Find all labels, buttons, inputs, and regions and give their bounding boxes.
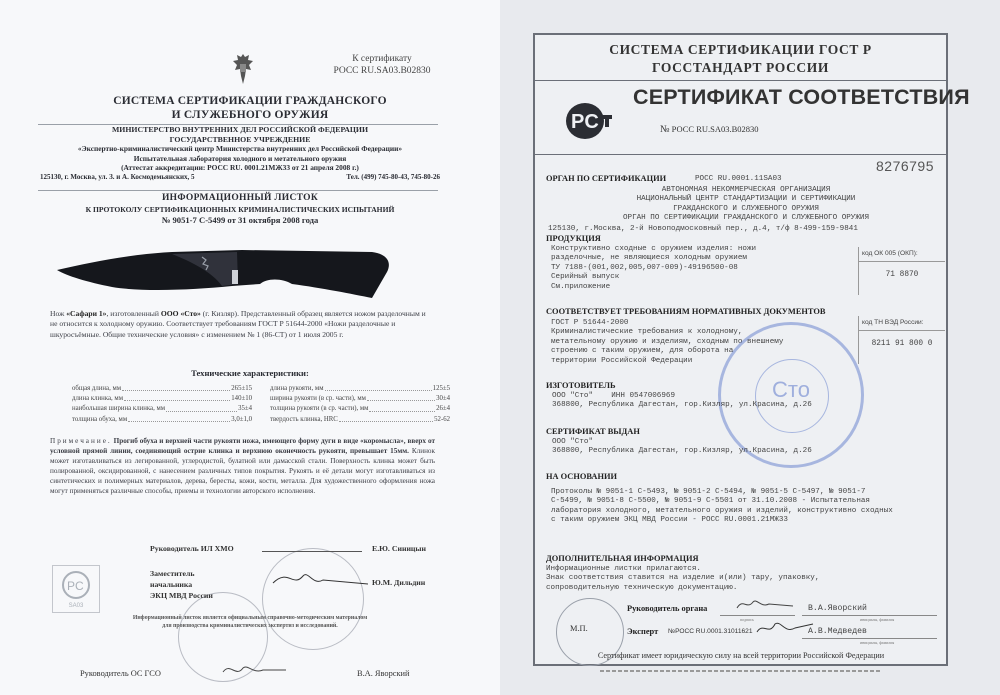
spec-label: твердость клинка, HRC [270,415,338,425]
manufacturer-line: 368800, Республика Дагестан, гор.Кизляр,… [552,401,812,410]
body-line: НАЦИОНАЛЬНЫЙ ЦЕНТР СТАНДАРТИЗАЦИИ И СЕРТ… [546,195,946,204]
header-line: ГОССТАНДАРТ РОССИИ [535,59,946,77]
head-cert-signature [218,660,288,682]
basis-label: НА ОСНОВАНИИ [546,472,617,481]
deputy-signature [268,568,368,590]
manufacturer-line: ООО "Сто" ИНН 0547006969 [552,392,812,401]
additional-line: Знак соответствия ставится на изделие и(… [546,574,819,583]
spec-value: 30±4 [436,394,450,404]
reference-line: К сертификату [322,53,442,65]
product-line: разделочные, не являющиеся холодным оруж… [551,254,756,263]
issued-line: 368800, Республика Дагестан, гор.Кизляр,… [552,447,812,456]
additional-line: сопроводительную техническую документаци… [546,584,819,593]
additional-info-label: ДОПОЛНИТЕЛЬНАЯ ИНФОРМАЦИЯ [546,554,699,563]
head-signature [735,596,795,614]
knife-name: «Сафари 1» [66,309,106,318]
note-paragraph: Примечание. Прогиб обуха и верхней части… [50,436,435,496]
head-lab-title: Руководитель ИЛ ХМО [150,543,234,554]
basis-lines: Протоколы № 9051-1 С-5493, № 9051-2 С-54… [551,488,893,526]
specs-right-column: длина рукояти, мм125±5 ширина рукояти (в… [270,384,450,425]
body-line: ОРГАН ПО СЕРТИФИКАЦИИ ГРАЖДАНСКОГО И СЛУ… [546,214,946,223]
system-title: СИСТЕМА СЕРТИФИКАЦИИ ГРАЖДАНСКОГО И СЛУЖ… [0,94,500,122]
head-lab-name: Е.Ю. Синицын [372,543,426,554]
expert-label: Эксперт [627,627,658,636]
certificate-number: № РОСС RU.SA03.B02830 [660,124,759,135]
name-caption: инициалы, фамилия [860,640,894,645]
deputy-title-line: Заместитель [150,568,213,579]
disclaimer-line: Информационный листок является официальн… [90,614,410,622]
spec-label: длина клинка, мм [72,394,123,404]
head-cert-name: В.А. Яворский [357,668,410,679]
signature-line [262,551,362,552]
info-title: ИНФОРМАЦИОННЫЙ ЛИСТОК [0,193,480,204]
info-sheet-title: ИНФОРМАЦИОННЫЙ ЛИСТОК К ПРОТОКОЛУ СЕРТИФ… [0,193,480,226]
svg-text:PC: PC [571,111,599,133]
protocol-number: № 9051-7 С-5499 от 31 октября 2008 года [0,215,480,226]
address-row: 125130, г. Москва, ул. З. и А. Космодемь… [40,173,440,183]
deputy-name: Ю.М. Дильдин [372,577,425,588]
signature-line [720,615,795,616]
printer-imprint-line [600,670,880,672]
knife-description: Нож «Сафари 1», изготовленный ООО «Сто» … [50,309,435,340]
product-line: Серийный выпуск [551,273,756,282]
spec-row: твердость клинка, HRC52-62 [270,415,450,425]
issued-label: СЕРТИФИКАТ ВЫДАН [546,427,640,436]
expert-registration: №РОСС RU.0001.31011621 [668,628,753,635]
system-title-line: СИСТЕМА СЕРТИФИКАЦИИ ГРАЖДАНСКОГО [0,94,500,108]
specs-left-column: общая длина, мм265±15 длина клинка, мм14… [72,384,252,425]
desc-text: , изготовленный [106,309,160,318]
okp-value: 71 8870 [859,262,945,279]
okp-label: код ОК 005 (ОКП): [859,247,945,262]
tech-specs-title: Технические характеристики: [0,368,500,378]
basis-line: с таким оружием ЭКЦ МВД России - РОСС RU… [551,516,893,525]
russian-coat-of-arms-icon [232,52,254,86]
tnved-value: 8211 91 800 0 [859,331,945,348]
product-line: Конструктивно сходные с оружием изделия:… [551,245,756,254]
tnved-label: код ТН ВЭД России: [859,316,945,331]
info-subtitle: К ПРОТОКОЛУ СЕРТИФИКАЦИОННЫХ КРИМИНАЛИСТ… [0,204,480,215]
certificate-system-header: СИСТЕМА СЕРТИФИКАЦИИ ГОСТ Р ГОССТАНДАРТ … [535,41,946,77]
certificate-reference: К сертификату РОСС RU.SA03.B02830 [322,53,442,77]
lab-phone: Тел. (499) 745-80-43, 745-80-26 [346,173,440,183]
head-cert-title: Руководитель ОС ГСО [80,668,161,679]
tnved-code-box: код ТН ВЭД России: 8211 91 800 0 [858,316,945,364]
deputy-title: Заместитель начальника ЭКЦ МВД России [150,568,213,601]
cert-body-lines: АВТОНОМНАЯ НЕКОММЕРЧЕСКАЯ ОРГАНИЗАЦИЯ НА… [546,186,946,224]
manufacturer-label: ИЗГОТОВИТЕЛЬ [546,381,616,390]
round-seal-stamp [262,548,364,650]
conforms-line: ГОСТ Р 51644-2000 [551,319,783,328]
information-sheet-page: К сертификату РОСС RU.SA03.B02830 СИСТЕМ… [0,0,501,695]
deputy-title-line: ЭКЦ МВД России [150,590,213,601]
conforms-label: СООТВЕТСТВУЕТ ТРЕБОВАНИЯМ НОРМАТИВНЫХ ДО… [546,307,826,316]
spec-value: 35±4 [238,404,252,414]
number-value: РОСС RU.SA03.B02830 [672,124,759,134]
basis-line: лаборатория холодного, метательного оруж… [551,507,893,516]
lab-address: 125130, г. Москва, ул. З. и А. Космодемь… [40,173,195,183]
spec-label: ширина рукояти (в ср. части), мм [270,394,366,404]
head-of-body-label: Руководитель органа [627,604,707,613]
expert-name: А.В.Медведев [808,627,867,636]
spec-value: 52-62 [434,415,450,425]
spec-row: длина клинка, мм140±10 [72,394,252,404]
ministry-line: МИНИСТЕРСТВО ВНУТРЕННИХ ДЕЛ РОССИЙСКОЙ Ф… [40,125,440,135]
ministry-line: Испытательная лаборатория холодного и ме… [40,154,440,164]
spec-value: 3,0±1,0 [231,415,252,425]
cert-body-address: 125130, г.Москва, 2-й Новоподмосковный п… [548,225,858,234]
serial-number: 8276795 [876,158,934,174]
spec-row: толщина рукояти (в ср. части), мм26±4 [270,404,450,414]
ministry-line: «Экспертно-криминалистический центр Мини… [40,144,440,154]
spec-value: 26±4 [436,404,450,414]
number-sign: № [660,124,670,135]
desc-text: Нож [50,309,66,318]
spec-row: наибольшая ширина клинка, мм35±4 [72,404,252,414]
issued-lines: ООО "Сто" 368800, Республика Дагестан, г… [552,438,812,457]
spec-label: длина рукояти, мм [270,384,324,394]
rst-badge-text: SA03 [53,603,99,609]
product-lines: Конструктивно сходные с оружием изделия:… [551,245,756,292]
seal-label: М.П. [570,624,588,633]
spec-row: длина рукояти, мм125±5 [270,384,450,394]
basis-line: Протоколы № 9051-1 С-5493, № 9051-2 С-54… [551,488,893,497]
certificate-validity-footer: Сертификат имеет юридическую силу на все… [546,651,936,660]
spec-row: ширина рукояти (в ср. части), мм30±4 [270,394,450,404]
signature-caption: подпись [740,617,754,622]
divider [533,154,948,155]
spec-label: общая длина, мм [72,384,121,394]
system-title-line: И СЛУЖЕБНОГО ОРУЖИЯ [0,108,500,122]
spec-row: толщина обуха, мм3,0±1,0 [72,415,252,425]
disclaimer: Информационный листок является официальн… [90,614,410,630]
spec-value: 265±15 [231,384,252,394]
product-label: ПРОДУКЦИЯ [546,234,601,243]
expert-signature [755,620,815,638]
spec-label: толщина обуха, мм [72,415,127,425]
reference-number: РОСС RU.SA03.B02830 [322,65,442,77]
spec-row: общая длина, мм265±15 [72,384,252,394]
knife-maker: ООО «Сто» [161,309,201,318]
spec-value: 140±10 [231,394,252,404]
product-line: См.приложение [551,283,756,292]
divider [533,80,948,81]
svg-text:PC: PC [67,579,84,593]
ministry-header: МИНИСТЕРСТВО ВНУТРЕННИХ ДЕЛ РОССИЙСКОЙ Ф… [40,125,440,183]
additional-lines: Информационные листки прилагаются. Знак … [546,565,819,593]
certificate-title: СЕРТИФИКАТ СООТВЕТСТВИЯ [633,85,970,110]
body-line: АВТОНОМНАЯ НЕКОММЕРЧЕСКАЯ ОРГАНИЗАЦИЯ [546,186,946,195]
issued-line: ООО "Сто" [552,438,812,447]
head-of-body-name: В.А.Яворский [808,604,867,613]
name-line [802,615,937,616]
knife-photo [52,232,402,304]
rst-conformity-logo-icon: PC [565,101,613,141]
spec-label: толщина рукояти (в ср. части), мм [270,404,368,414]
header-line: СИСТЕМА СЕРТИФИКАЦИИ ГОСТ Р [535,41,946,59]
name-caption: инициалы, фамилия [860,617,894,622]
divider [38,190,438,191]
body-line: ГРАЖДАНСКОГО И СЛУЖЕБНОГО ОРУЖИЯ [546,205,946,214]
ministry-line: ГОСУДАРСТВЕННОЕ УЧРЕЖДЕНИЕ [40,135,440,145]
disclaimer-line: для производства криминалистических эксп… [90,622,410,630]
name-line [802,638,937,639]
cert-body-code: РОСС RU.0001.11SA03 [695,175,782,184]
spec-label: наибольшая ширина клинка, мм [72,404,165,414]
cert-body-label: ОРГАН ПО СЕРТИФИКАЦИИ [546,174,666,183]
spec-value: 125±5 [433,384,450,394]
rst-mark-box: PC SA03 [52,565,100,613]
deputy-title-line: начальника [150,579,213,590]
tech-specs-table: общая длина, мм265±15 длина клинка, мм14… [72,384,432,425]
accreditation-line: (Аттестат аккредитации: РОСС RU. 0001.21… [40,163,440,173]
additional-line: Информационные листки прилагаются. [546,565,819,574]
okp-code-box: код ОК 005 (ОКП): 71 8870 [858,247,945,295]
product-line: ТУ 7188-(001,002,005,007-009)-49196500-0… [551,264,756,273]
manufacturer-lines: ООО "Сто" ИНН 0547006969 368800, Республ… [552,392,812,411]
note-label: Примечание. [50,437,112,445]
basis-line: С-5499, № 9051-8 С-5500, № 9051-9 С-5501… [551,497,893,506]
